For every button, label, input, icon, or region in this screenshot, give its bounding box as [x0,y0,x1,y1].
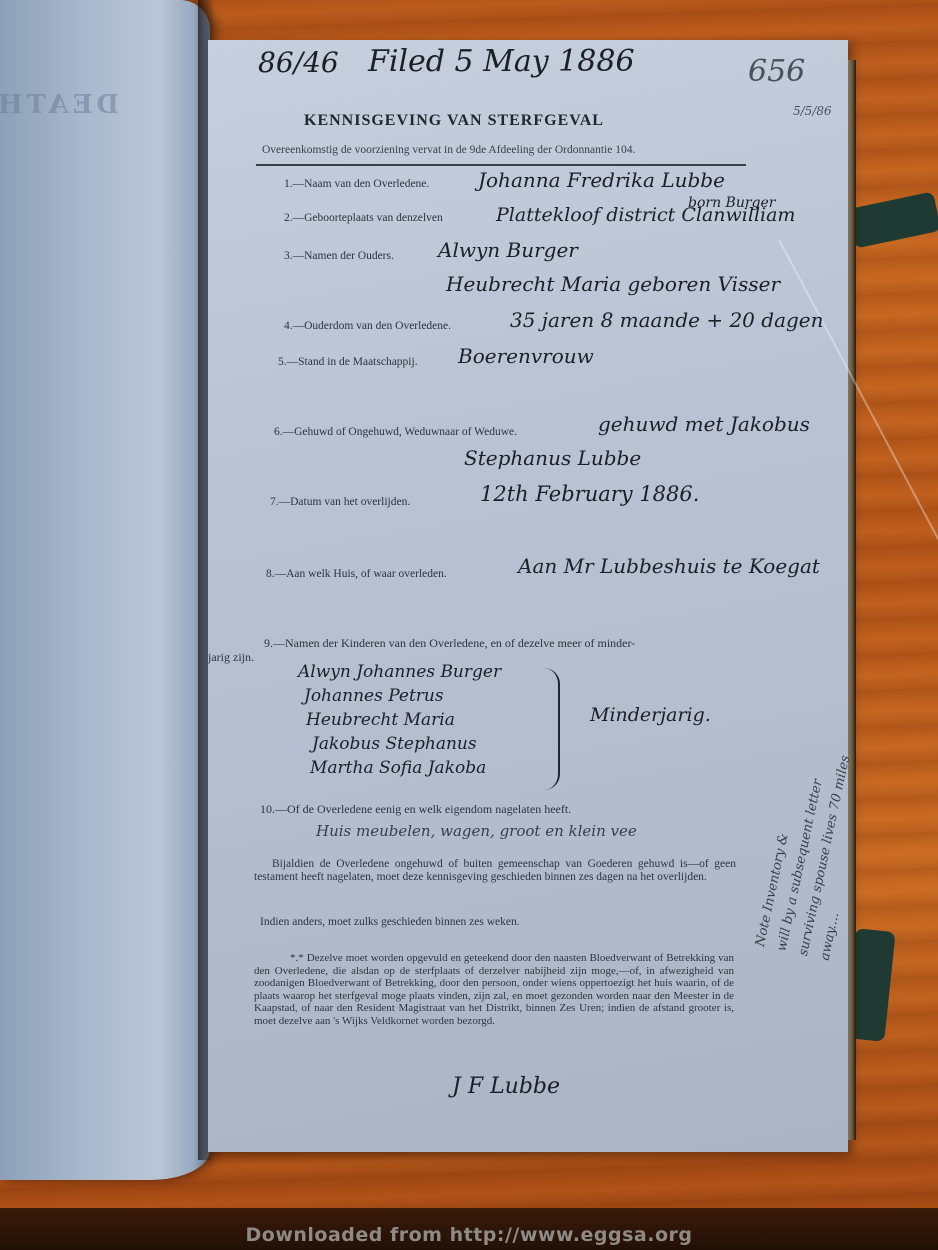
field-1-value: Johanna Fredrika Lubbe [478,168,725,192]
instruction-paragraph-3: *.* Dezelve moet worden opgevuld en gete… [254,952,734,1028]
field-4-label: 4.—Ouderdom van den Overledene. [284,320,451,332]
child-name: Alwyn Johannes Burger [298,662,501,682]
field-3-value: Alwyn Burger [438,238,578,262]
child-name: Jakobus Stephanus [312,734,477,754]
children-brace [544,668,560,790]
field-2-value: Plattekloof district Clanwilliam [496,204,795,226]
watermark: Downloaded from http://www.eggsa.org [0,1224,938,1246]
field-8-label: 8.—Aan welk Huis, of waar overleden. [266,568,447,580]
left-curled-page: DEATH [0,0,210,1180]
field-3-value2: Heubrecht Maria geboren Visser [446,272,780,296]
form-title: KENNISGEVING VAN STERFGEVAL [304,112,604,130]
field-10-value: Huis meubelen, wagen, groot en klein vee [316,822,637,840]
field-9-label-cont: jarig zijn. [208,650,254,665]
field-6-value2: Stephanus Lubbe [464,446,641,470]
date-note: 5/5/86 [793,104,832,118]
field-6-label: 6.—Gehuwd of Ongehuwd, Weduwnaar of Wedu… [274,426,517,438]
field-5-value: Boerenvrouw [458,344,594,368]
title-rule [256,164,746,166]
field-7-value: 12th February 1886. [480,482,699,506]
field-1-label: 1.—Naam van den Overledene. [284,178,429,190]
reference-number: 86/46 [258,46,339,79]
field-8-value: Aan Mr Lubbeshuis te Koegat [518,554,820,578]
children-status: Minderjarig. [590,704,711,726]
field-6-value: gehuwd met Jakobus [598,412,810,436]
document-number: 656 [748,54,805,89]
margin-note-line: away.... [818,911,843,962]
field-7-label: 7.—Datum van het overlijden. [270,496,410,508]
field-3-label: 3.—Namen der Ouders. [284,250,394,262]
field-9-label: 9.—Namen der Kinderen van den Overledene… [264,636,635,651]
death-notice-form: 86/46 Filed 5 May 1886 656 5/5/86 KENNIS… [208,40,848,1152]
filed-note: Filed 5 May 1886 [368,44,635,79]
field-5-label: 5.—Stand in de Maatschappij. [278,356,418,368]
form-subtitle: Overeenkomstig de voorziening vervat in … [262,144,635,156]
child-name: Heubrecht Maria [306,710,455,730]
signature: J F Lubbe [452,1074,560,1099]
left-page-heading: DEATH [0,90,119,120]
instruction-paragraph-2: Indien anders, moet zulks geschieden bin… [254,916,736,929]
instruction-paragraph-1: Bijaldien de Overledene ongehuwd of buit… [254,858,736,884]
field-10-label: 10.—Of de Overledene eenig en welk eigen… [260,802,571,817]
field-2-label: 2.—Geboorteplaats van denzelven [284,212,443,224]
child-name: Martha Sofia Jakoba [310,758,486,778]
child-name: Johannes Petrus [304,686,444,706]
field-4-value: 35 jaren 8 maande + 20 dagen [510,308,824,332]
